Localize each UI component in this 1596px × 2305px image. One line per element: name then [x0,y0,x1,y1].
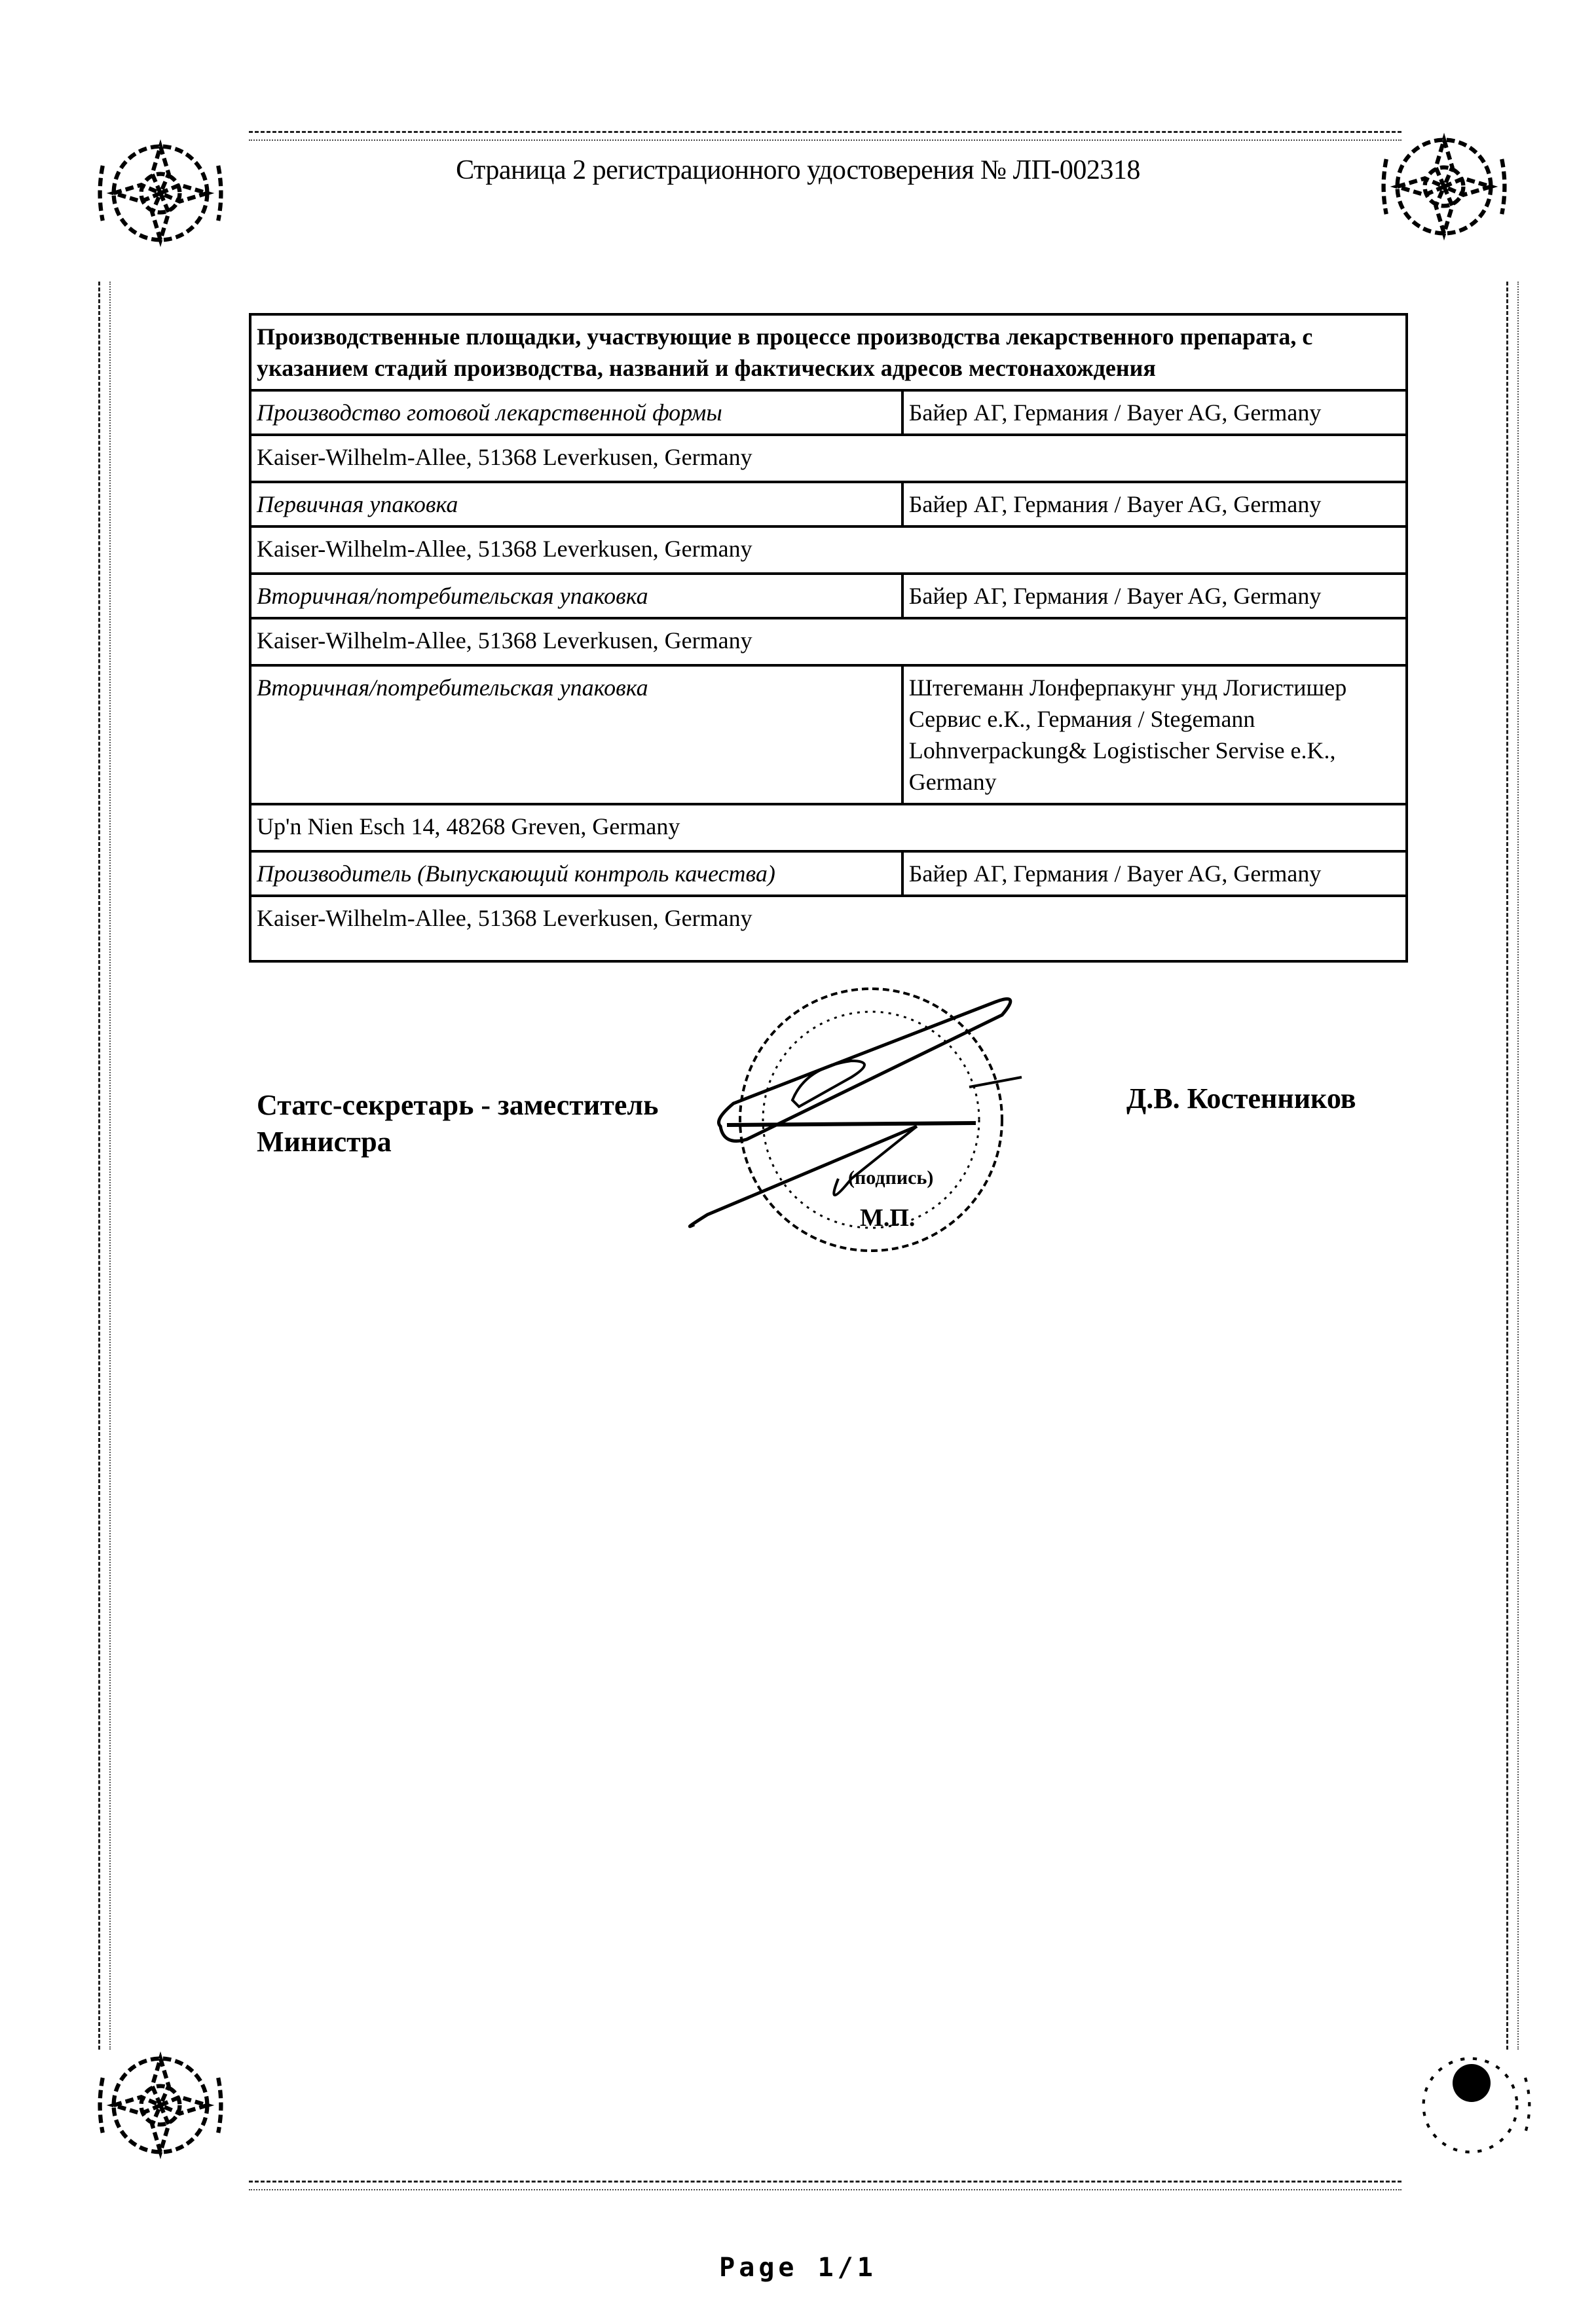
signer-position-line2: Министра [257,1124,658,1160]
site-address-row: Up'n Nien Esch 14, 48268 Greven, Germany [250,804,1407,851]
border-left [98,282,111,2050]
site-address-row: Kaiser-Wilhelm-Allee, 51368 Leverkusen, … [250,526,1407,574]
seal-label: М.П. [860,1204,915,1232]
rosette-icon [92,2037,229,2174]
site-address: Kaiser-Wilhelm-Allee, 51368 Leverkusen, … [250,435,1407,482]
table-header-row: Производственные площадки, участвующие в… [250,314,1407,390]
site-address: Kaiser-Wilhelm-Allee, 51368 Leverkusen, … [250,896,1407,961]
table-header: Производственные площадки, участвующие в… [250,314,1407,390]
site-address: Up'n Nien Esch 14, 48268 Greven, Germany [250,804,1407,851]
site-address: Kaiser-Wilhelm-Allee, 51368 Leverkusen, … [250,526,1407,574]
production-stage: Первичная упаковка [250,482,902,526]
border-top [249,131,1401,141]
page-number: Page 1/1 [0,2253,1596,2283]
rosette-icon [1401,2037,1539,2174]
page-title: Страница 2 регистрационного удостоверени… [0,155,1596,186]
rosette-icon [1375,118,1513,255]
manufacturer-name: Байер АГ, Германия / Bayer AG, Germany [902,574,1407,618]
border-bottom [249,2181,1401,2190]
rosette-icon [92,124,229,262]
site-stage-row: Первичная упаковкаБайер АГ, Германия / B… [250,482,1407,526]
signer-position-line1: Статс-секретарь - заместитель [257,1087,658,1124]
production-stage: Производитель (Выпускающий контроль каче… [250,851,902,896]
site-address-row: Kaiser-Wilhelm-Allee, 51368 Leverkusen, … [250,618,1407,665]
site-address: Kaiser-Wilhelm-Allee, 51368 Leverkusen, … [250,618,1407,665]
manufacturing-sites-table: Производственные площадки, участвующие в… [249,313,1408,963]
manufacturer-name: Байер АГ, Германия / Bayer AG, Germany [902,390,1407,435]
manufacturer-name: Байер АГ, Германия / Bayer AG, Germany [902,851,1407,896]
manufacturer-name: Байер АГ, Германия / Bayer AG, Germany [902,482,1407,526]
signer-position: Статс-секретарь - заместитель Министра [257,1087,658,1160]
production-stage: Вторичная/потребительская упаковка [250,574,902,618]
ink-dot [1453,2064,1491,2102]
site-stage-row: Производство готовой лекарственной формы… [250,390,1407,435]
site-stage-row: Вторичная/потребительская упаковкаШтегем… [250,665,1407,804]
site-address-row: Kaiser-Wilhelm-Allee, 51368 Leverkusen, … [250,435,1407,482]
signer-name: Д.В. Костенников [1126,1082,1356,1115]
site-address-row: Kaiser-Wilhelm-Allee, 51368 Leverkusen, … [250,896,1407,961]
site-stage-row: Вторичная/потребительская упаковкаБайер … [250,574,1407,618]
signature-label: (подпись) [848,1167,933,1189]
production-stage: Вторичная/потребительская упаковка [250,665,902,804]
production-stage: Производство готовой лекарственной формы [250,390,902,435]
site-stage-row: Производитель (Выпускающий контроль каче… [250,851,1407,896]
border-right [1506,282,1519,2050]
manufacturer-name: Штегеманн Лонферпакунг унд Логистишер Се… [902,665,1407,804]
